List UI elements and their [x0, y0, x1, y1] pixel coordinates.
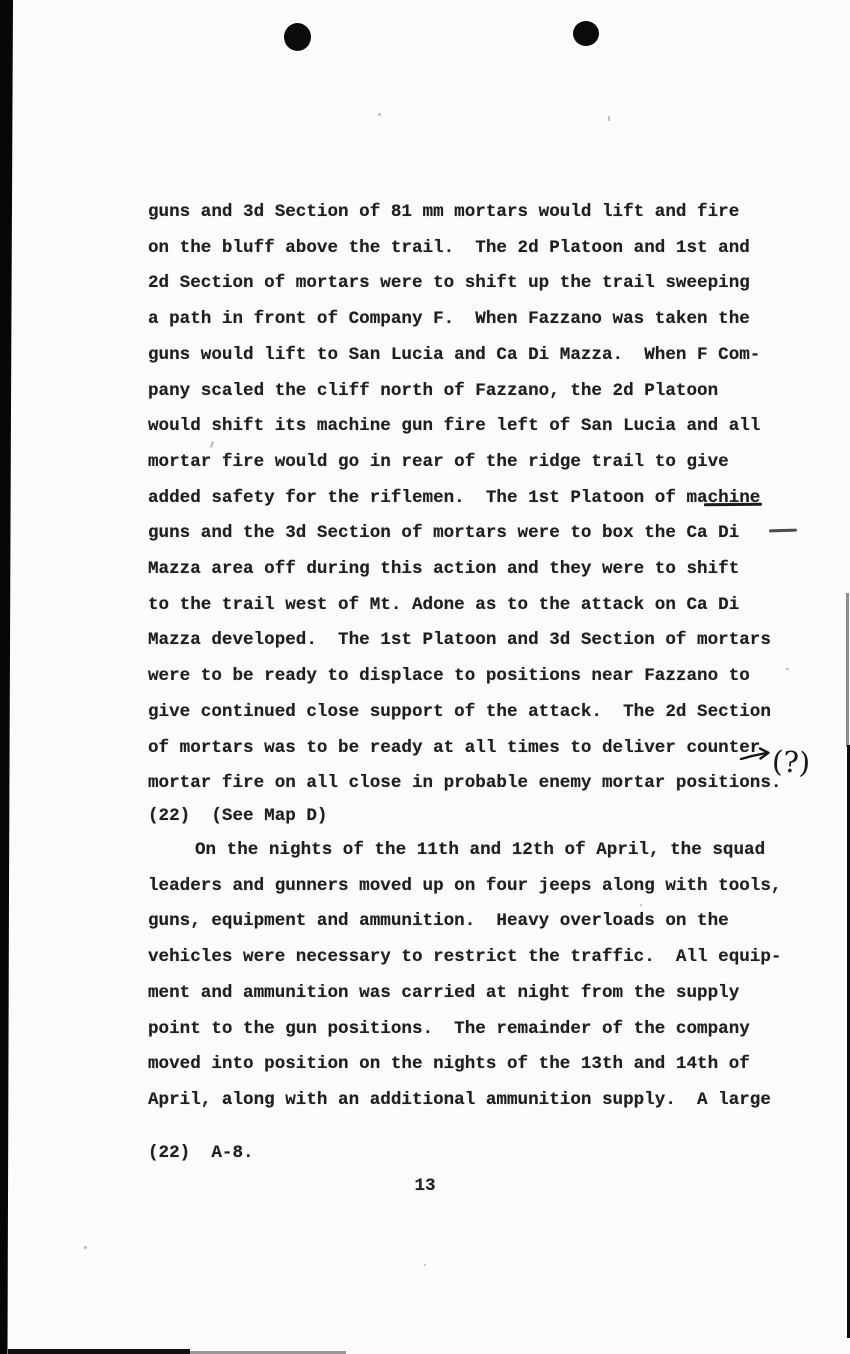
- text-line: moved into position on the nights of the…: [148, 1047, 781, 1083]
- scan-speck: [640, 904, 642, 906]
- text-line: guns and the 3d Section of mortars were …: [148, 516, 781, 552]
- text-line: 2d Section of mortars were to shift up t…: [148, 266, 781, 302]
- margin-dash-annotation: [769, 529, 797, 533]
- text-line: Mazza area off during this action and th…: [148, 552, 781, 588]
- text-line: guns would lift to San Lucia and Ca Di M…: [148, 338, 781, 374]
- text-line: of mortars was to be ready at all times …: [148, 731, 781, 767]
- scan-edge-left: [0, 0, 14, 1354]
- text-line: On the nights of the 11th and 12th of Ap…: [148, 833, 781, 869]
- text-line: give continued close support of the atta…: [148, 695, 781, 731]
- scan-edge-bottom: [8, 1349, 190, 1354]
- text-line: pany scaled the cliff north of Fazzano, …: [148, 374, 781, 410]
- text-line: guns and 3d Section of 81 mm mortars wou…: [148, 195, 781, 231]
- scan-speck: [608, 116, 610, 121]
- punch-dot-right-icon: [573, 21, 599, 46]
- scan-speck: [786, 668, 789, 670]
- scan-speck: [378, 113, 381, 116]
- text-line: mortar fire on all close in probable ene…: [148, 766, 781, 802]
- text-line: point to the gun positions. The remainde…: [148, 1012, 781, 1048]
- footnote-citation: (22) A-8.: [148, 1136, 254, 1172]
- paragraph-1: guns and 3d Section of 81 mm mortars wou…: [148, 195, 781, 802]
- text-line: vehicles were necessary to restrict the …: [148, 940, 781, 976]
- scanned-document-page: guns and 3d Section of 81 mm mortars wou…: [0, 0, 850, 1354]
- handwritten-query-annotation: (?): [771, 741, 811, 783]
- scan-speck: [84, 1246, 87, 1249]
- scan-edge-right-lower: [847, 745, 850, 1338]
- scan-edge-right-upper: [846, 593, 849, 747]
- text-line: mortar fire would go in rear of the ridg…: [148, 445, 781, 481]
- map-reference-note: (22) (See Map D): [148, 799, 328, 835]
- text-line: ment and ammunition was carried at night…: [148, 976, 781, 1012]
- page-number: 13: [0, 1169, 850, 1205]
- text-line: would shift its machine gun fire left of…: [148, 409, 781, 445]
- scan-edge-bottom-faint: [190, 1351, 346, 1354]
- text-line: guns, equipment and ammunition. Heavy ov…: [148, 904, 781, 940]
- paragraph-2: On the nights of the 11th and 12th of Ap…: [148, 833, 781, 1119]
- text-line: to the trail west of Mt. Adone as to the…: [148, 588, 781, 624]
- text-line: added safety for the riflemen. The 1st P…: [148, 481, 781, 517]
- scan-speck: [424, 1264, 426, 1266]
- text-line: a path in front of Company F. When Fazza…: [148, 302, 781, 338]
- text-line: April, along with an additional ammuniti…: [148, 1083, 781, 1119]
- punch-dot-left-icon: [284, 23, 311, 51]
- text-line: on the bluff above the trail. The 2d Pla…: [148, 231, 781, 267]
- text-line: Mazza developed. The 1st Platoon and 3d …: [148, 623, 781, 659]
- text-line: were to be ready to displace to position…: [148, 659, 781, 695]
- text-line: leaders and gunners moved up on four jee…: [148, 869, 781, 905]
